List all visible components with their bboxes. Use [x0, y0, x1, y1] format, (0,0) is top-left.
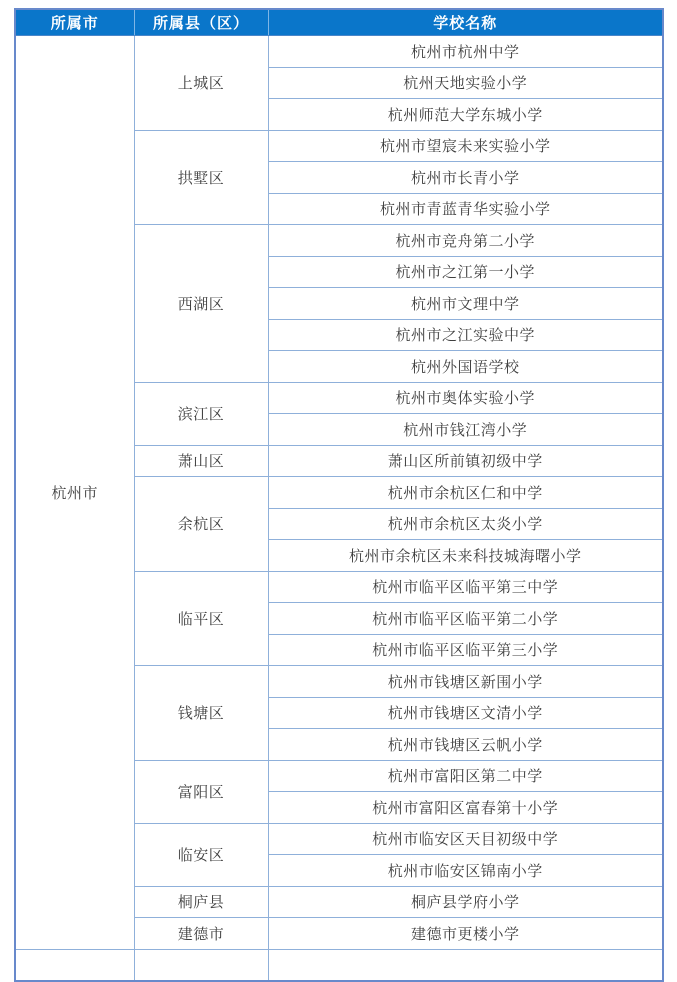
school-table-body: 杭州市上城区杭州市杭州中学杭州天地实验小学杭州师范大学东城小学拱墅区杭州市望宸未…	[15, 36, 663, 925]
school-cell: 杭州市望宸未来实验小学	[268, 130, 663, 162]
school-cell: 杭州市临平区临平第三中学	[268, 571, 663, 603]
school-cell: 杭州市临平区临平第二小学	[268, 603, 663, 635]
district-cell: 上城区	[134, 36, 268, 131]
school-cell: 杭州市富阳区富春第十小学	[268, 792, 663, 824]
school-cell: 杭州天地实验小学	[268, 67, 663, 99]
school-cell: 杭州市钱塘区新围小学	[268, 666, 663, 698]
city-cell: 杭州市	[15, 36, 134, 925]
school-cell: 杭州市余杭区太炎小学	[268, 508, 663, 540]
district-cell: 临安区	[134, 823, 268, 886]
school-cell: 杭州市青蓝青华实验小学	[268, 193, 663, 225]
header-row: 所属市 所属县（区） 学校名称	[15, 9, 663, 36]
school-cell: 杭州市钱塘区云帆小学	[268, 729, 663, 761]
school-cell: 杭州市富阳区第二中学	[268, 760, 663, 792]
district-cell: 建德市	[134, 918, 268, 925]
school-cell: 杭州市临安区天目初级中学	[268, 823, 663, 855]
school-cell: 杭州外国语学校	[268, 351, 663, 383]
table-row: 杭州市上城区杭州市杭州中学	[15, 36, 663, 68]
school-cell: 杭州市钱江湾小学	[268, 414, 663, 446]
school-cell: 杭州师范大学东城小学	[268, 99, 663, 131]
table-header: 所属市 所属县（区） 学校名称	[15, 9, 663, 36]
col-header-school: 学校名称	[268, 9, 663, 36]
district-cell: 西湖区	[134, 225, 268, 383]
school-cell: 桐庐县学府小学	[268, 886, 663, 918]
district-cell: 拱墅区	[134, 130, 268, 225]
col-header-city: 所属市	[15, 9, 134, 36]
district-cell: 富阳区	[134, 760, 268, 823]
district-cell: 钱塘区	[134, 666, 268, 761]
district-cell: 滨江区	[134, 382, 268, 445]
school-cell: 杭州市文理中学	[268, 288, 663, 320]
district-cell: 余杭区	[134, 477, 268, 572]
school-cell: 杭州市长青小学	[268, 162, 663, 194]
school-cell: 杭州市余杭区仁和中学	[268, 477, 663, 509]
school-cell: 建德市更楼小学	[268, 918, 663, 925]
school-cell: 杭州市杭州中学	[268, 36, 663, 68]
school-cell: 杭州市竞舟第二小学	[268, 225, 663, 257]
school-cell: 杭州市临安区锦南小学	[268, 855, 663, 887]
school-cell: 杭州市奥体实验小学	[268, 382, 663, 414]
school-cell: 杭州市余杭区未来科技城海曙小学	[268, 540, 663, 572]
school-cell: 杭州市临平区临平第三小学	[268, 634, 663, 666]
school-cell: 杭州市钱塘区文清小学	[268, 697, 663, 729]
district-cell: 桐庐县	[134, 886, 268, 918]
school-cell: 杭州市之江实验中学	[268, 319, 663, 351]
col-header-district: 所属县（区）	[134, 9, 268, 36]
district-cell: 萧山区	[134, 445, 268, 477]
school-cell: 杭州市之江第一小学	[268, 256, 663, 288]
school-cell: 萧山区所前镇初级中学	[268, 445, 663, 477]
school-table: 所属市 所属县（区） 学校名称 杭州市上城区杭州市杭州中学杭州天地实验小学杭州师…	[14, 8, 664, 924]
school-list-page: 所属市 所属县（区） 学校名称 杭州市上城区杭州市杭州中学杭州天地实验小学杭州师…	[14, 8, 664, 924]
district-cell: 临平区	[134, 571, 268, 666]
